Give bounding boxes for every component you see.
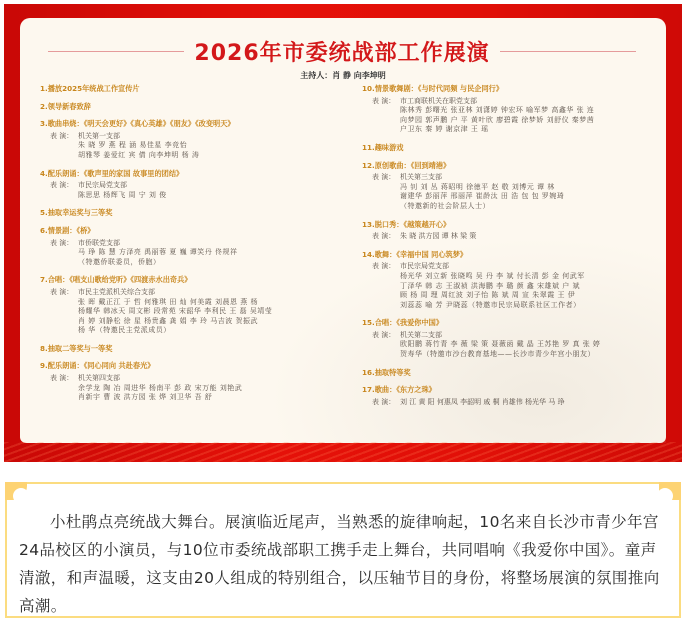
performer-names: 杨光华 刘立新 张晓鸣 吴 丹 李 斌 付长清 彭 金 何武军 — [362, 272, 662, 282]
program-sheet: 2026年市委统战部工作展演 主持人：肖 静 向李坤明 1.播放2025年统战工… — [20, 18, 666, 443]
program-item-title: 6.情景剧：《桥》 — [40, 226, 340, 236]
article-card: 小杜鹃点亮统战大舞台。展演临近尾声，当熟悉的旋律响起，10名来自长沙市青少年宫2… — [5, 482, 681, 618]
program-item: 13.脱口秀：《越策越开心》表 演：朱 晓 洪方园 谭 林 梁 策 — [362, 220, 662, 242]
article-paragraph: 小杜鹃点亮统战大舞台。展演临近尾声，当熟悉的旋律响起，10名来自长沙市青少年宫2… — [19, 508, 669, 620]
performer-unit-row: 表 演：市民宗局党支部 — [362, 262, 662, 272]
performer-label: 表 演： — [50, 239, 78, 249]
performer-label: 表 演： — [50, 288, 78, 298]
performer-names: 余学龙 陶 冶 周进华 杨南平 彭 政 宋万能 刘艳武 — [40, 384, 340, 394]
performer-names: 谢建华 彭丽萍 邢丽萍 崔龄汰 田 浩 包 包 罗婉琦 — [362, 192, 662, 202]
performer-label: 表 演： — [50, 132, 78, 142]
program-item: 2.领导新春致辞 — [40, 102, 340, 112]
performer-unit: 机关第三支部 — [400, 173, 442, 181]
performer-unit: 机关第二支部 — [400, 331, 442, 339]
performer-unit-row: 表 演：刘 江 黄 阳 何惠凤 李韶明 戚 桐 肖雄伟 杨光华 马 琤 — [362, 398, 662, 408]
performer-names: 杨 华（特邀民主党派成员） — [40, 326, 340, 336]
performer-unit: 刘 江 黄 阳 何惠凤 李韶明 戚 桐 肖雄伟 杨光华 马 琤 — [400, 398, 564, 406]
performer-unit-row: 表 演：市民宗局党支部 — [40, 181, 340, 191]
program-item-title: 14.歌舞：《幸福中国 同心筑梦》 — [362, 250, 662, 260]
performer-label: 表 演： — [50, 374, 78, 384]
performer-unit: 朱 晓 洪方园 谭 林 梁 策 — [400, 232, 476, 240]
performer-unit: 市工商联机关在职党支部 — [400, 97, 477, 105]
program-item: 1.播放2025年统战工作宣传片 — [40, 84, 340, 94]
card-corner-decoration — [5, 482, 27, 500]
program-item: 3.歌曲串烧：《明天会更好》《真心英雄》《朋友》《改变明天》表 演：机关第一支部… — [40, 119, 340, 160]
card-corner-decoration — [659, 482, 681, 500]
title-row: 2026年市委统战部工作展演 — [20, 36, 666, 66]
performer-label: 表 演： — [372, 262, 400, 272]
performer-names: （特邀新的社会阶层人士） — [362, 202, 662, 212]
program-item-title: 3.歌曲串烧：《明天会更好》《真心英雄》《朋友》《改变明天》 — [40, 119, 340, 129]
program-item-title: 13.脱口秀：《越策越开心》 — [362, 220, 662, 230]
performer-names: 陈思思 杨辉飞 周 宁 刘 俊 — [40, 191, 340, 201]
performer-label: 表 演： — [372, 331, 400, 341]
performer-unit: 市侨联党支部 — [78, 239, 120, 247]
performer-names: 陈林秀 彭曙光 张亚林 刘潇婷 钟宏环 喻军梦 高鑫华 张 连 — [362, 106, 662, 116]
program-item-title: 12.原创歌曲：《回到靖港》 — [362, 161, 662, 171]
program-item: 7.合唱：《唱支山歌给党听》《四渡赤水出奇兵》表 演：市民主党派机关综合支部张 … — [40, 275, 340, 336]
performer-label: 表 演： — [372, 173, 400, 183]
performer-names: 朱 晓 罗 燕 程 涵 易佳星 李竞怡 — [40, 141, 340, 151]
program-item-title: 2.领导新春致辞 — [40, 102, 340, 112]
performer-names: 马 琤 陈 慧 方泽亮 禹丽蓉 夏 巍 谭笑丹 佟规祥 — [40, 248, 340, 258]
program-item: 14.歌舞：《幸福中国 同心筑梦》表 演：市民宗局党支部杨光华 刘立新 张晓鸣 … — [362, 250, 662, 311]
program-item: 10.情景歌舞剧：《与时代同频 与民企同行》表 演：市工商联机关在职党支部陈林秀… — [362, 84, 662, 135]
performer-unit: 市民宗局党支部 — [400, 262, 449, 270]
program-item-title: 5.抽取幸运奖与三等奖 — [40, 208, 340, 218]
title-divider-left — [48, 51, 184, 52]
performer-unit: 市民宗局党支部 — [78, 181, 127, 189]
performer-unit: 市民主党派机关综合支部 — [78, 288, 155, 296]
performer-names: 欧阳鹏 蒋竹青 李 薇 梁 策 聂薇函 戴 晶 王苏艳 罗 真 张 婷 — [362, 340, 662, 350]
performer-unit: 机关第一支部 — [78, 132, 120, 140]
program-item-title: 4.配乐朗诵：《歌声里的家国 故事里的团结》 — [40, 169, 340, 179]
program-item-title: 11.趣味游戏 — [362, 143, 662, 153]
performer-names: 胡雅琴 姜爱红 宾 倩 向李坤明 杨 涛 — [40, 151, 340, 161]
performer-names: 刘蕊蕊 喻 芳 尹晓蕊（特邀市民宗局联系社区工作者） — [362, 301, 662, 311]
program-item-title: 8.抽取二等奖与一等奖 — [40, 344, 340, 354]
program-item-title: 9.配乐朗诵：《同心同向 共赴春光》 — [40, 361, 340, 371]
performer-names: 冯 钊 刘 丛 蒋昭明 徐徳平 赵 敬 刘博元 谭 林 — [362, 183, 662, 193]
performer-label: 表 演： — [372, 97, 400, 107]
program-item-title: 7.合唱：《唱支山歌给党听》《四渡赤水出奇兵》 — [40, 275, 340, 285]
program-item-title: 10.情景歌舞剧：《与时代同频 与民企同行》 — [362, 84, 662, 94]
program-item: 15.合唱：《我爱你中国》表 演：机关第二支部欧阳鹏 蒋竹青 李 薇 梁 策 聂… — [362, 318, 662, 359]
performer-unit-row: 表 演：机关第一支部 — [40, 132, 340, 142]
performer-unit-row: 表 演：市侨联党支部 — [40, 239, 340, 249]
program-item: 5.抽取幸运奖与三等奖 — [40, 208, 340, 218]
performer-unit-row: 表 演：机关第四支部 — [40, 374, 340, 384]
performer-names: 张 晖 戴正江 于 哲 何雅琪 田 灿 何美霞 刘晨恩 燕 杨 — [40, 298, 340, 308]
performer-names: 户卫东 秦 婷 谢京津 王 瑶 — [362, 125, 662, 135]
performer-label: 表 演： — [50, 181, 78, 191]
performer-names: （特邀侨联委员，侨胞） — [40, 258, 340, 268]
performer-names: 杨耀华 韩冰天 周文彬 段常苑 宋韶华 李利民 王 磊 吴靖莹 — [40, 307, 340, 317]
program-item: 8.抽取二等奖与一等奖 — [40, 344, 340, 354]
program-column-left: 1.播放2025年统战工作宣传片2.领导新春致辞3.歌曲串烧：《明天会更好》《真… — [40, 84, 340, 411]
program-item-title: 15.合唱：《我爱你中国》 — [362, 318, 662, 328]
performer-unit-row: 表 演：朱 晓 洪方园 谭 林 梁 策 — [362, 232, 662, 242]
program-column-right: 10.情景歌舞剧：《与时代同频 与民企同行》表 演：市工商联机关在职党支部陈林秀… — [362, 84, 662, 415]
performer-names: 肖新宇 曹 波 洪方园 张 烨 刘卫华 吾 舒 — [40, 393, 340, 403]
title-divider-right — [500, 51, 636, 52]
performer-unit-row: 表 演：市民主党派机关综合支部 — [40, 288, 340, 298]
program-item: 12.原创歌曲：《回到靖港》表 演：机关第三支部冯 钊 刘 丛 蒋昭明 徐徳平 … — [362, 161, 662, 212]
program-item: 4.配乐朗诵：《歌声里的家国 故事里的团结》表 演：市民宗局党支部陈思思 杨辉飞… — [40, 169, 340, 201]
performer-names: 肖 婷 刘静松 徐 星 杨贵鑫 龚 娟 李 玲 马吉波 贺振武 — [40, 317, 340, 327]
performer-unit: 机关第四支部 — [78, 374, 120, 382]
program-item: 11.趣味游戏 — [362, 143, 662, 153]
program-item-title: 16.抽取特等奖 — [362, 368, 662, 378]
performer-unit-row: 表 演：市工商联机关在职党支部 — [362, 97, 662, 107]
performer-names: 丁泽华 韩 志 王淑祯 洪海鹏 李 璐 颜 鑫 宋雄斌 户 斌 — [362, 282, 662, 292]
program-item: 9.配乐朗诵：《同心同向 共赴春光》表 演：机关第四支部余学龙 陶 冶 周进华 … — [40, 361, 340, 402]
program-item: 6.情景剧：《桥》表 演：市侨联党支部马 琤 陈 慧 方泽亮 禹丽蓉 夏 巍 谭… — [40, 226, 340, 267]
program-item: 16.抽取特等奖 — [362, 368, 662, 378]
poster-title: 2026年市委统战部工作展演 — [194, 36, 489, 67]
performer-label: 表 演： — [372, 232, 400, 242]
performer-names: 贺寿华（特邀市沙台教育基地——长沙市青少年宫小朋友） — [362, 350, 662, 360]
program-item: 17.歌曲：《东方之珠》表 演：刘 江 黄 阳 何惠凤 李韶明 戚 桐 肖雄伟 … — [362, 385, 662, 407]
performer-names: 向梦园 郭声鹏 户 平 黄叶欣 廖碧霞 徐梦娇 刘舒仪 秦梦茜 — [362, 116, 662, 126]
host-line: 主持人：肖 静 向李坤明 — [20, 70, 666, 81]
performer-label: 表 演： — [372, 398, 400, 408]
performer-unit-row: 表 演：机关第三支部 — [362, 173, 662, 183]
program-poster-image: 2026年市委统战部工作展演 主持人：肖 静 向李坤明 1.播放2025年统战工… — [4, 4, 682, 462]
performer-names: 顾 杨 周 理 周红波 刘子怡 陈 斌 周 宣 朱翠霞 王 伊 — [362, 291, 662, 301]
program-item-title: 17.歌曲：《东方之珠》 — [362, 385, 662, 395]
program-item-title: 1.播放2025年统战工作宣传片 — [40, 84, 340, 94]
